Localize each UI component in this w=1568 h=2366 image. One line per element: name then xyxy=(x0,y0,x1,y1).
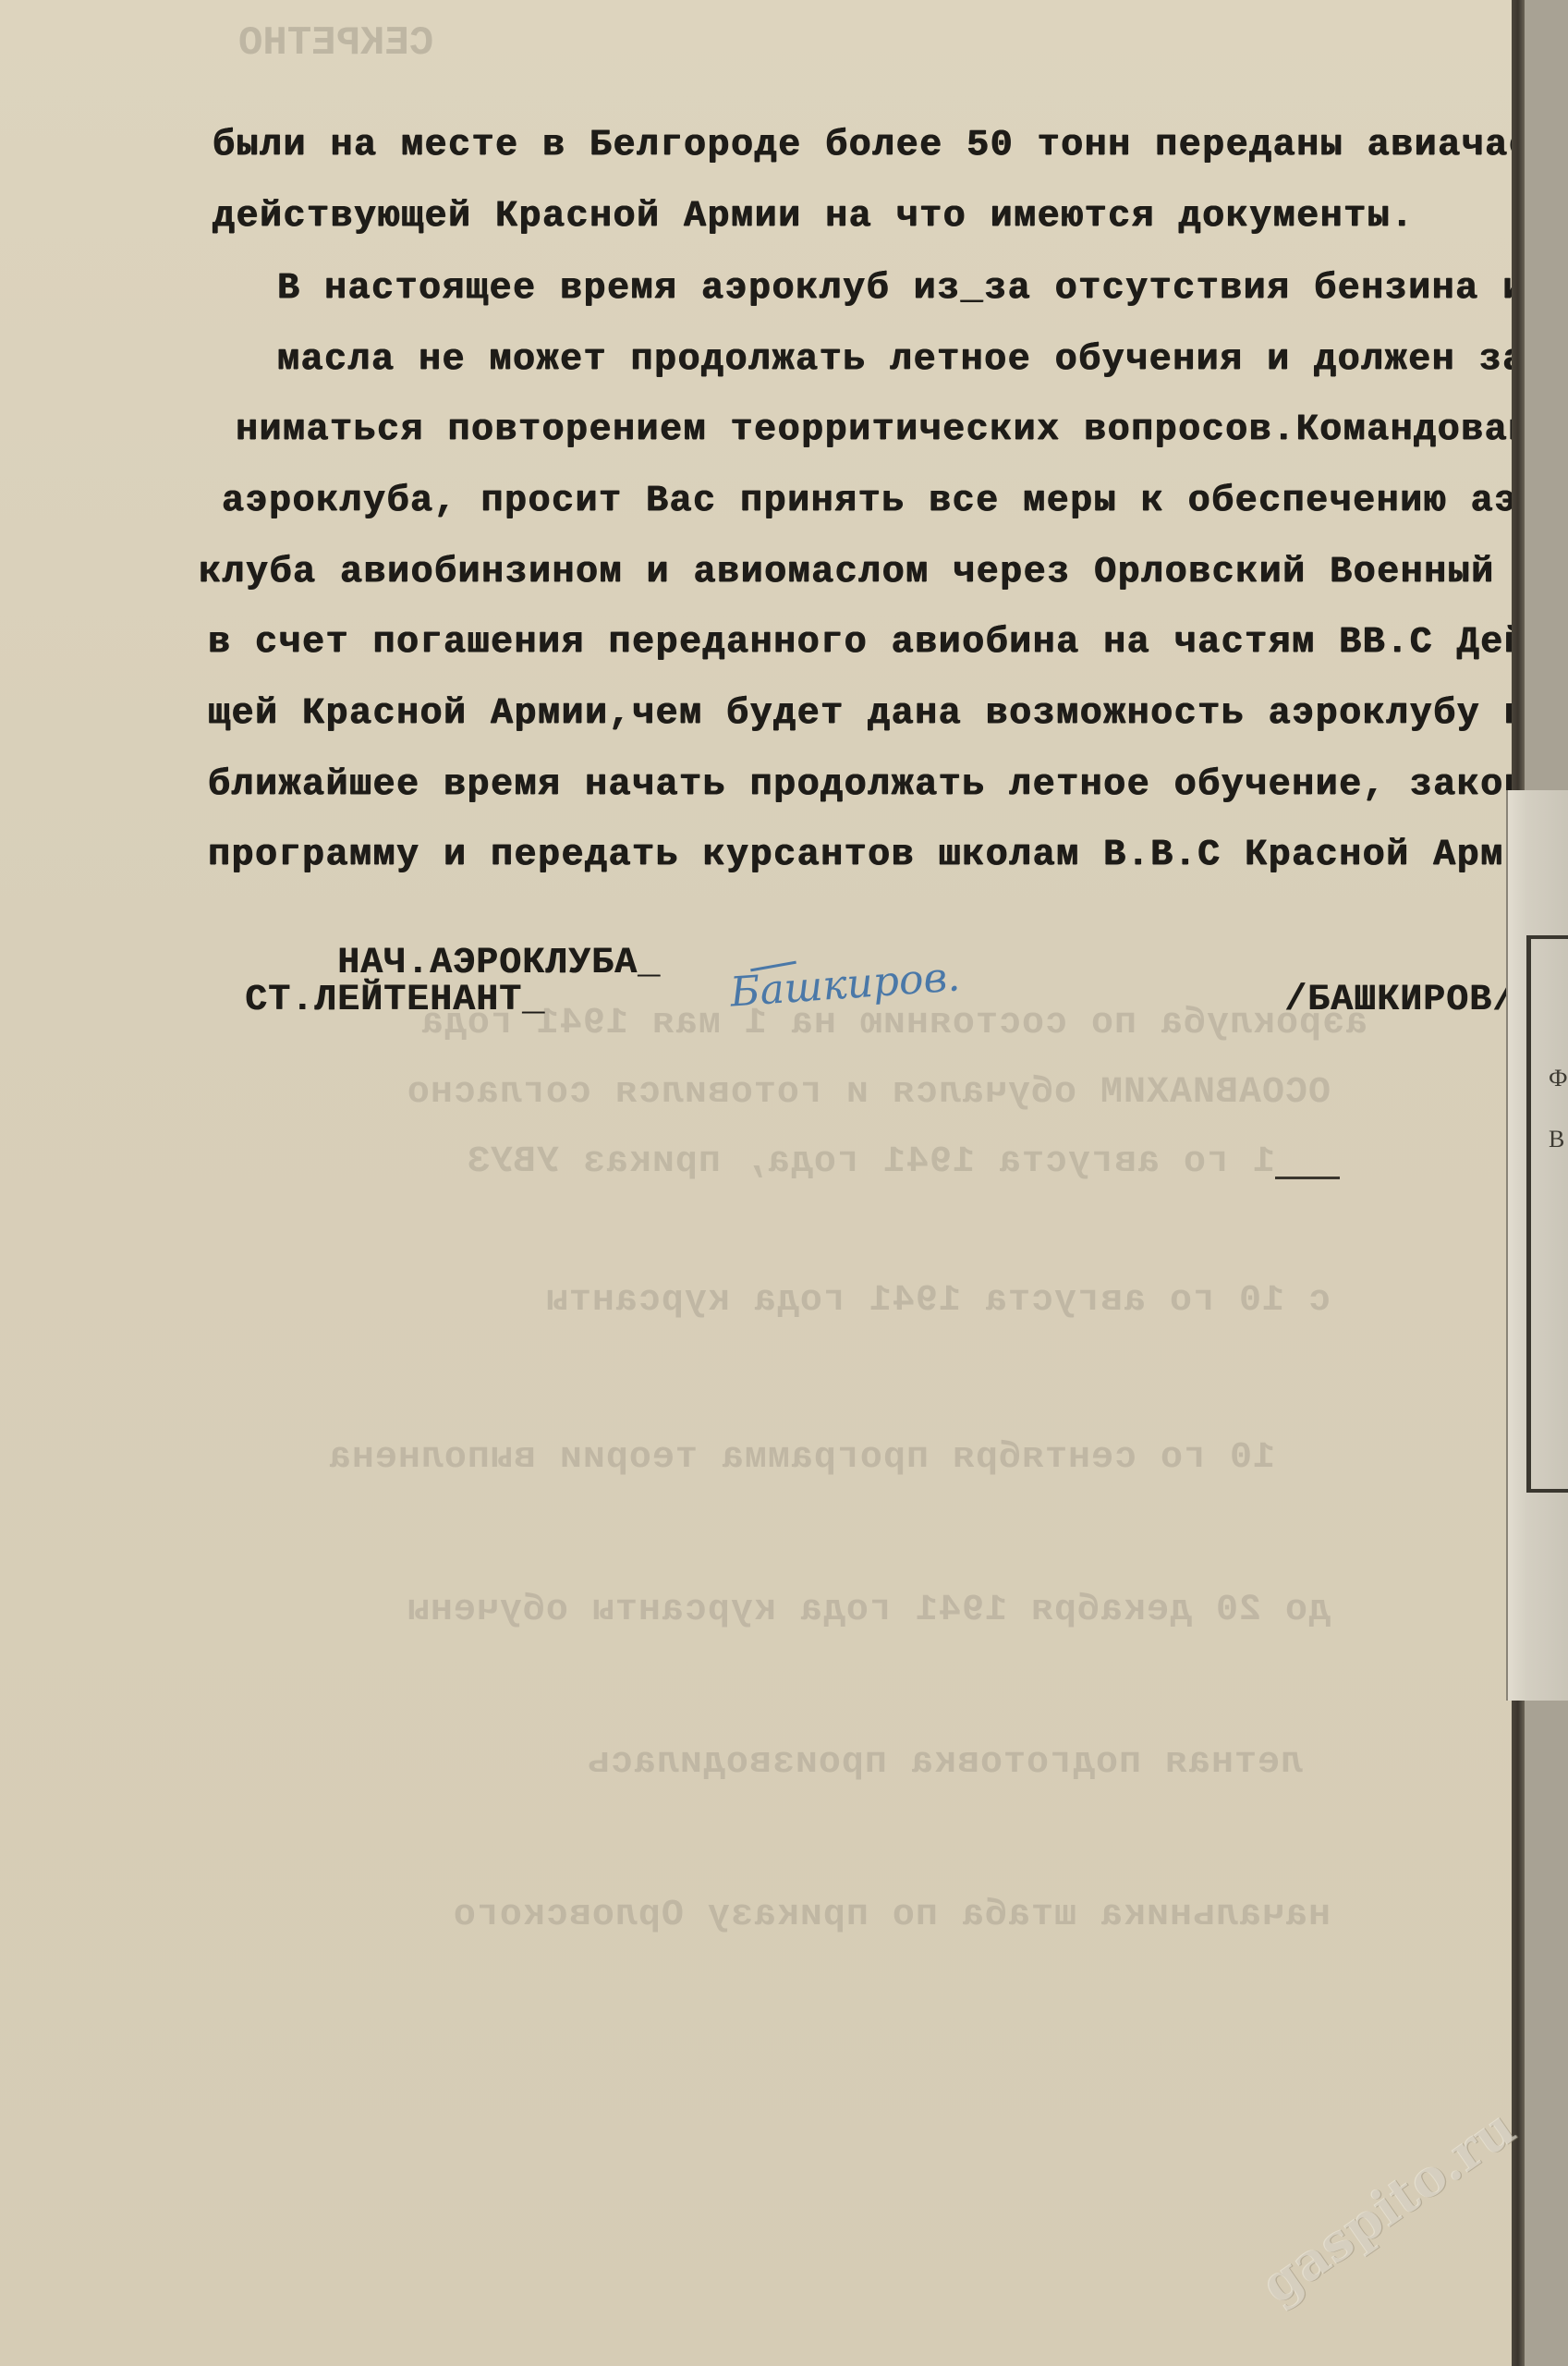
body-line-3: В настоящее время аэроклуб из_за отсутст… xyxy=(277,268,1526,310)
body-line-4: масла не может продолжать летное обучени… xyxy=(277,339,1550,381)
body-line-6: аэроклуба, просит Вас принять все меры к… xyxy=(222,481,1565,522)
body-line-1: были на месте в Белгороде более 50 тонн … xyxy=(213,125,1568,166)
body-line-5: ниматься повторением теорритических вопр… xyxy=(236,409,1568,451)
body-line-9: щей Красной Армии,чем будет дана возможн… xyxy=(208,693,1527,735)
body-line-8: в счет погашения переданного авиобина на… xyxy=(208,622,1568,664)
signatory-rank: СТ.ЛЕЙТЕНАНТ_ xyxy=(245,980,545,1021)
insert-card-letter: В xyxy=(1549,1126,1564,1153)
body-line-11: программу и передать курсантов школам В.… xyxy=(208,835,1504,876)
signatory-title: НАЧ.АЭРОКЛУБА_ xyxy=(337,943,661,984)
typed-name: /БАШКИРОВ/ xyxy=(1284,980,1515,1021)
pencil-mark xyxy=(1275,1177,1340,1179)
body-line-7: клуба авиобинзином и авиомаслом через Ор… xyxy=(199,552,1565,593)
body-line-2: действующей Красной Армии на что имеются… xyxy=(213,196,1415,238)
bleed-through-stamp: СЕКРЕТНО xyxy=(238,20,433,67)
insert-card-frame xyxy=(1526,935,1568,1493)
insert-card-letter: Ф xyxy=(1549,1065,1568,1092)
body-line-10: ближайшее время начать продолжать летное… xyxy=(208,764,1551,806)
